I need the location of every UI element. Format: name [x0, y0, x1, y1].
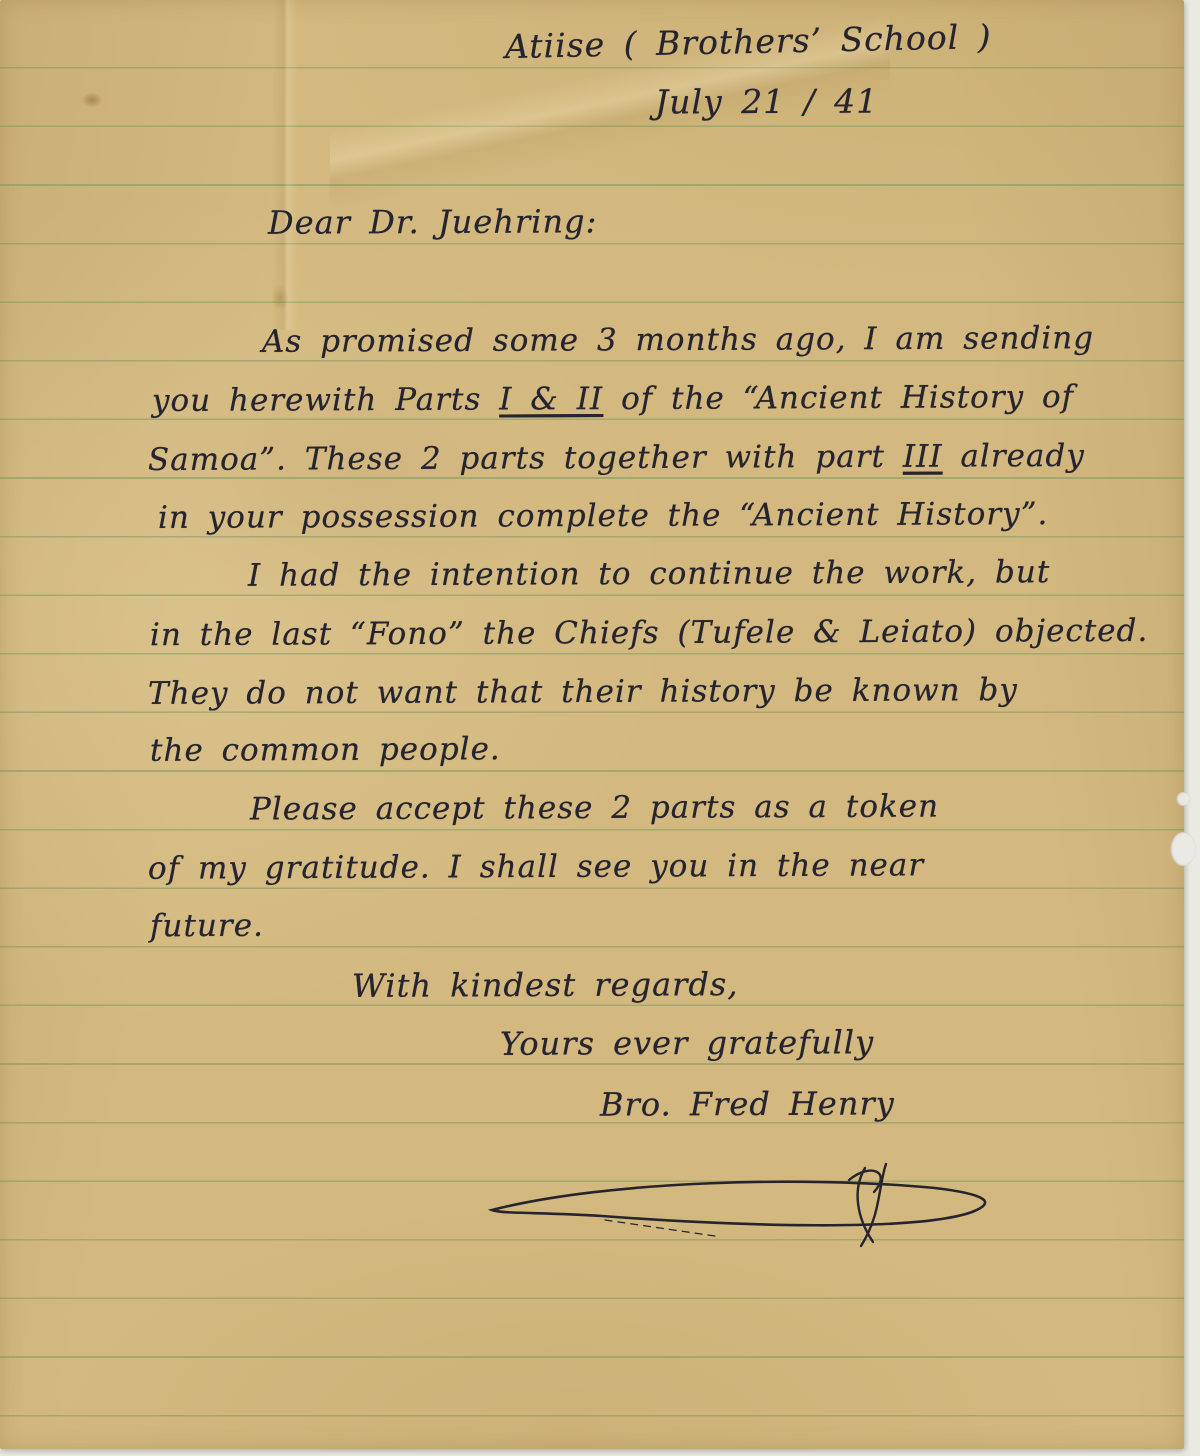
body-line-segment: of the “Ancient History of [603, 379, 1074, 417]
heading-date-line: July 21 / 41 [655, 82, 878, 122]
signature-flourish [480, 1158, 1020, 1253]
body-line: As promised some 3 months ago, I am send… [262, 320, 1094, 360]
body-line-segment: already [942, 438, 1084, 475]
underlined-roman-numeral: III [903, 439, 943, 475]
body-line-segment: you herewith Parts [152, 381, 499, 419]
paper-crease [272, 0, 298, 330]
closing-regards: With kindest regards, [352, 965, 739, 1005]
body-line: you herewith Parts I & II of the “Ancien… [152, 379, 1074, 419]
body-line: They do not want that their history be k… [148, 672, 1018, 712]
torn-edge-notch [1176, 792, 1190, 806]
body-line: in the last “Fono” the Chiefs (Tufele & … [150, 613, 1148, 653]
body-line: the common people. [150, 731, 501, 769]
salutation: Dear Dr. Juehring: [268, 202, 597, 241]
body-line-segment: Samoa”. These 2 parts together with part [148, 439, 903, 478]
underlined-roman-numerals: I & II [499, 381, 603, 417]
body-line: Samoa”. These 2 parts together with part… [148, 438, 1085, 478]
signature-name: Bro. Fred Henry [600, 1084, 895, 1123]
body-line: future. [150, 908, 264, 944]
body-line: of my gratitude. I shall see you in the … [148, 847, 924, 886]
letter-page: Atiise ( Brothers’ School ) July 21 / 41… [0, 0, 1184, 1449]
body-line: in your possession complete the “Ancient… [158, 496, 1049, 536]
body-line: Please accept these 2 parts as a token [250, 788, 939, 827]
heading-place-line: Atiise ( Brothers’ School ) [505, 17, 992, 66]
closing-gratefully: Yours ever gratefully [500, 1023, 874, 1063]
torn-edge-notch [1170, 832, 1196, 866]
body-line: I had the intention to continue the work… [248, 554, 1050, 594]
